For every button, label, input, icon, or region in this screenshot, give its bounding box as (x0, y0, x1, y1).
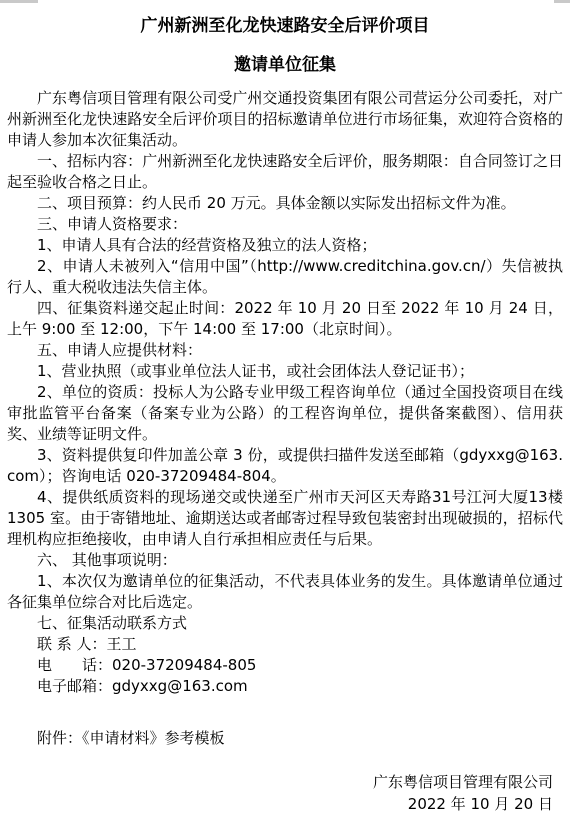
signature-company: 广东粤信项目管理有限公司 (7, 771, 553, 793)
document-page: 广州新洲至化龙快速路安全后评价项目 邀请单位征集 广东粤信项目管理有限公司受广州… (0, 0, 570, 815)
window-edge-artifact-left (0, 0, 38, 3)
section-5-item-3: 3、资料提供复印件加盖公章 3 份，或提供扫描件发送至邮箱（gdyxxg@163… (7, 445, 563, 487)
section-3-item-1: 1、申请人具有合法的经营资格及独立的法人资格； (7, 235, 563, 256)
section-4-submission-time: 四、征集资料递交起止时间：2022 年 10 月 20 日至 2022 年 10… (7, 298, 563, 340)
contact-phone-line: 电 话：020-37209484-805 (7, 655, 563, 676)
attachment-line: 附件：《申请材料》参考模板 (7, 728, 563, 749)
window-edge-artifact-right (554, 0, 570, 3)
section-6-item-1: 1、本次仅为邀请单位的征集活动，不代表具体业务的发生。具体邀请单位通过各征集单位… (7, 571, 563, 613)
signature-date: 2022 年 10 月 20 日 (7, 793, 553, 815)
section-3-qualification-heading: 三、申请人资格要求： (7, 214, 563, 235)
intro-paragraph: 广东粤信项目管理有限公司受广州交通投资集团有限公司营运分公司委托，对广州新洲至化… (7, 88, 563, 151)
section-7-contact-heading: 七、征集活动联系方式 (7, 613, 563, 634)
section-6-other-heading: 六、 其他事项说明： (7, 550, 563, 571)
section-3-item-2: 2、申请人未被列入“信用中国”（http://www.creditchina.g… (7, 256, 563, 298)
section-5-item-4: 4、提供纸质资料的现场递交或快递至广州市天河区天寿路31号江河大厦13楼 130… (7, 487, 563, 550)
section-5-materials-heading: 五、申请人应提供材料： (7, 340, 563, 361)
contact-person-line: 联 系 人：王工 (7, 634, 563, 655)
section-5-item-2: 2、单位的资质：投标人为公路专业甲级工程咨询单位（通过全国投资项目在线审批监管平… (7, 382, 563, 445)
contact-email-line: 电子邮箱：gdyxxg@163.com (7, 676, 563, 697)
section-1-tender-content: 一、招标内容：广州新洲至化龙快速路安全后评价，服务期限：自合同签订之日起至验收合… (7, 151, 563, 193)
signature-block: 广东粤信项目管理有限公司 2022 年 10 月 20 日 (7, 771, 563, 815)
document-subtitle: 邀请单位征集 (7, 53, 563, 77)
document-title: 广州新洲至化龙快速路安全后评价项目 (7, 14, 563, 38)
section-2-budget: 二、项目预算：约人民币 20 万元。具体金额以实际发出招标文件为准。 (7, 193, 563, 214)
section-5-item-1: 1、营业执照（或事业单位法人证书，或社会团体法人登记证书）； (7, 361, 563, 382)
